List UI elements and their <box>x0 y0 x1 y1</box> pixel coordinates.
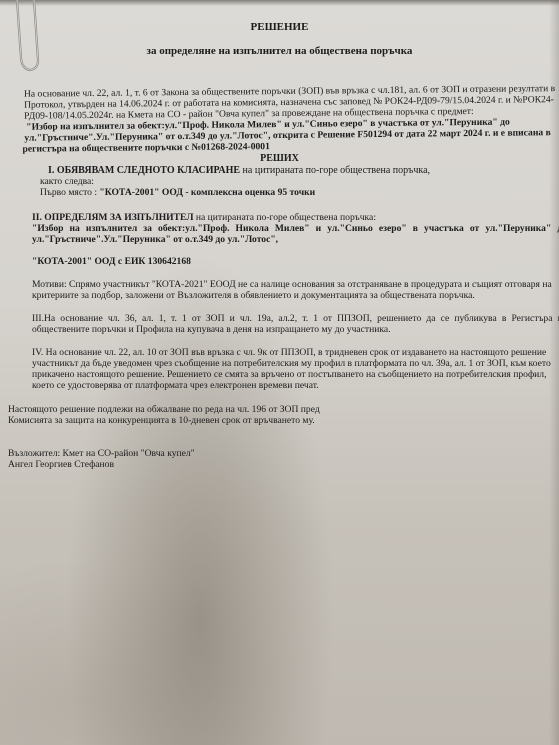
section2-subject-line: ул."Гръстниче".Ул."Перуника" от о.т.349 … <box>32 234 278 245</box>
section4-line: участникът да бъде уведомен чрез съобщен… <box>32 358 551 369</box>
signature-role: Възложител: Кмет на СО-район "Овча купел… <box>8 448 195 459</box>
section2-heading-line: II. ОПРЕДЕЛЯМ ЗА ИЗПЪЛНИТЕЛ на цитиранат… <box>32 212 376 223</box>
appeal-line: Настоящото решение подлежи на обжалване … <box>8 404 320 415</box>
appeal-line: Комисията за защита на конкуренцията в 1… <box>8 415 315 426</box>
signature-name: Ангел Георгиев Стефанов <box>8 459 114 470</box>
motives-line: Мотиви: Спрямо участникът "КОТА-2021" ЕО… <box>32 279 552 290</box>
section2-heading-rest: на цитираната по-горе обществена поръчка… <box>193 212 376 223</box>
ranking-value: "КОТА-2001" ООД - комплексна оценка 95 т… <box>99 187 315 198</box>
section3-line: III.На основание чл. 36, ал. 1, т. 1 от … <box>32 313 559 324</box>
section3-line: обществените поръчки и Профила на купува… <box>32 324 391 335</box>
document-page: РЕШЕНИЕ за определяне на изпълнител на о… <box>0 0 559 745</box>
section1-ranking: Първо място : "КОТА-2001" ООД - комплекс… <box>40 187 315 198</box>
decision-heading: РЕШИХ <box>0 153 559 164</box>
motives-line: критериите за подбор, заложени от Възлож… <box>32 290 475 301</box>
section1-line2: както следва: <box>40 176 94 187</box>
section4-line: IV. На основание чл. 22, ал. 10 от ЗОП в… <box>32 347 546 358</box>
intro-paragraph: На основание чл. 22, ал. 1, т. 6 от Зако… <box>0 0 559 143</box>
section1-heading: I. ОБЯВЯВАМ СЛЕДНОТО КЛАСИРАНЕ <box>48 165 240 176</box>
ranking-label: Първо място : <box>40 187 99 198</box>
contractor: "КОТА-2001" ООД с ЕИК 130642168 <box>32 256 191 267</box>
section1-heading-rest: на цитираната по-горе обществена поръчка… <box>240 165 430 176</box>
section2-subject-line: "Избор на изпълнител за обект:ул."Проф. … <box>32 223 559 234</box>
section1-heading-line: I. ОБЯВЯВАМ СЛЕДНОТО КЛАСИРАНЕ на цитира… <box>48 165 430 176</box>
section4-line: което се удостоверява от платформата чре… <box>32 380 319 391</box>
section2-heading: II. ОПРЕДЕЛЯМ ЗА ИЗПЪЛНИТЕЛ <box>32 212 193 223</box>
section4-line: прикачено настоящото решение. Решението … <box>32 369 547 380</box>
